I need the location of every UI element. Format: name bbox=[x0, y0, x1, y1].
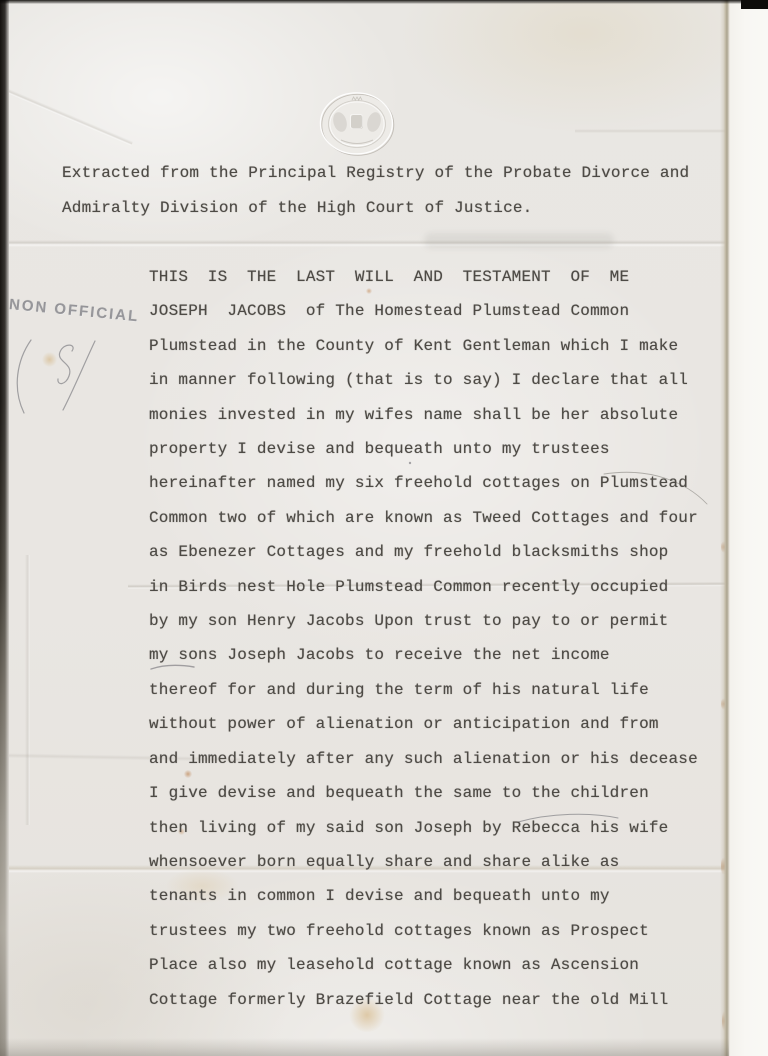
scanned-document: Extracted from the Principal Registry of… bbox=[0, 0, 768, 1056]
royal-coat-of-arms-seal-icon bbox=[312, 86, 402, 162]
extract-header: Extracted from the Principal Registry of… bbox=[62, 156, 689, 226]
scan-edge-top bbox=[0, 0, 747, 4]
scan-edge-corner bbox=[741, 0, 768, 9]
will-body-text: THIS IS THE LAST WILL AND TESTAMENT OF M… bbox=[149, 260, 698, 1017]
scan-edge-left bbox=[0, 0, 9, 1056]
ink-smudge bbox=[424, 233, 614, 248]
page-right-edge bbox=[720, 0, 730, 1056]
scanner-background bbox=[730, 0, 768, 1056]
page-bottom-shadow bbox=[0, 1038, 729, 1056]
